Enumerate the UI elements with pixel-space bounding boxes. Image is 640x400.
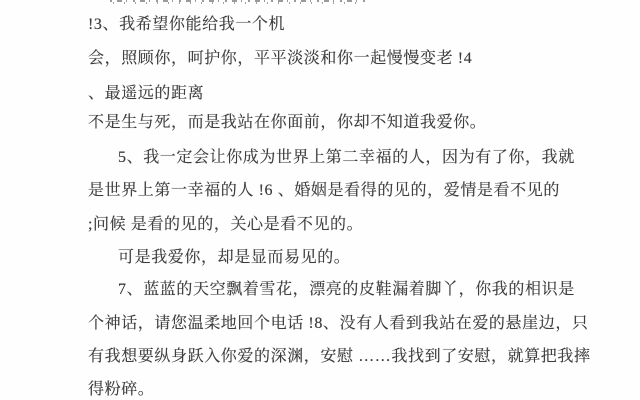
clipped-text-line-top xyxy=(110,0,366,4)
text-line: 不是生与死，而是我站在你面前，你却不知道我爱你。 xyxy=(88,114,486,132)
text-line: 是世界上第一幸福的人 !6 、婚姻是看得的见的，爱情是看不见的 xyxy=(88,182,560,200)
text-line: 5、我一定会让你成为世界上第二幸福的人，因为有了你，我就 xyxy=(118,149,575,167)
document-page: !3、我希望你能给我一个机 会，照顾你，呵护你，平平淡淡和你一起慢慢变老 !4 … xyxy=(0,0,640,400)
text-line: 得粉碎。 xyxy=(88,381,154,399)
text-line: 可是我爱你，却是显而易见的。 xyxy=(118,249,350,267)
text-line: 个神话，请您温柔地回个电话 !8、没有人看到我站在爱的悬崖边，只 xyxy=(88,315,589,333)
text-line: 、最遥远的距离 xyxy=(88,85,204,103)
text-line: 会，照顾你，呵护你，平平淡淡和你一起慢慢变老 !4 xyxy=(88,50,472,68)
text-line: ;问候 是看的见的，关心是看不见的。 xyxy=(88,216,363,234)
text-line: 7、蓝蓝的天空飘着雪花，漂亮的皮鞋漏着脚丫，你我的相识是 xyxy=(118,281,575,299)
text-line: 有我想要纵身跃入你爱的深渊，安慰 ……我找到了安慰，就算把我摔 xyxy=(88,348,591,366)
text-line: !3、我希望你能给我一个机 xyxy=(88,16,285,34)
